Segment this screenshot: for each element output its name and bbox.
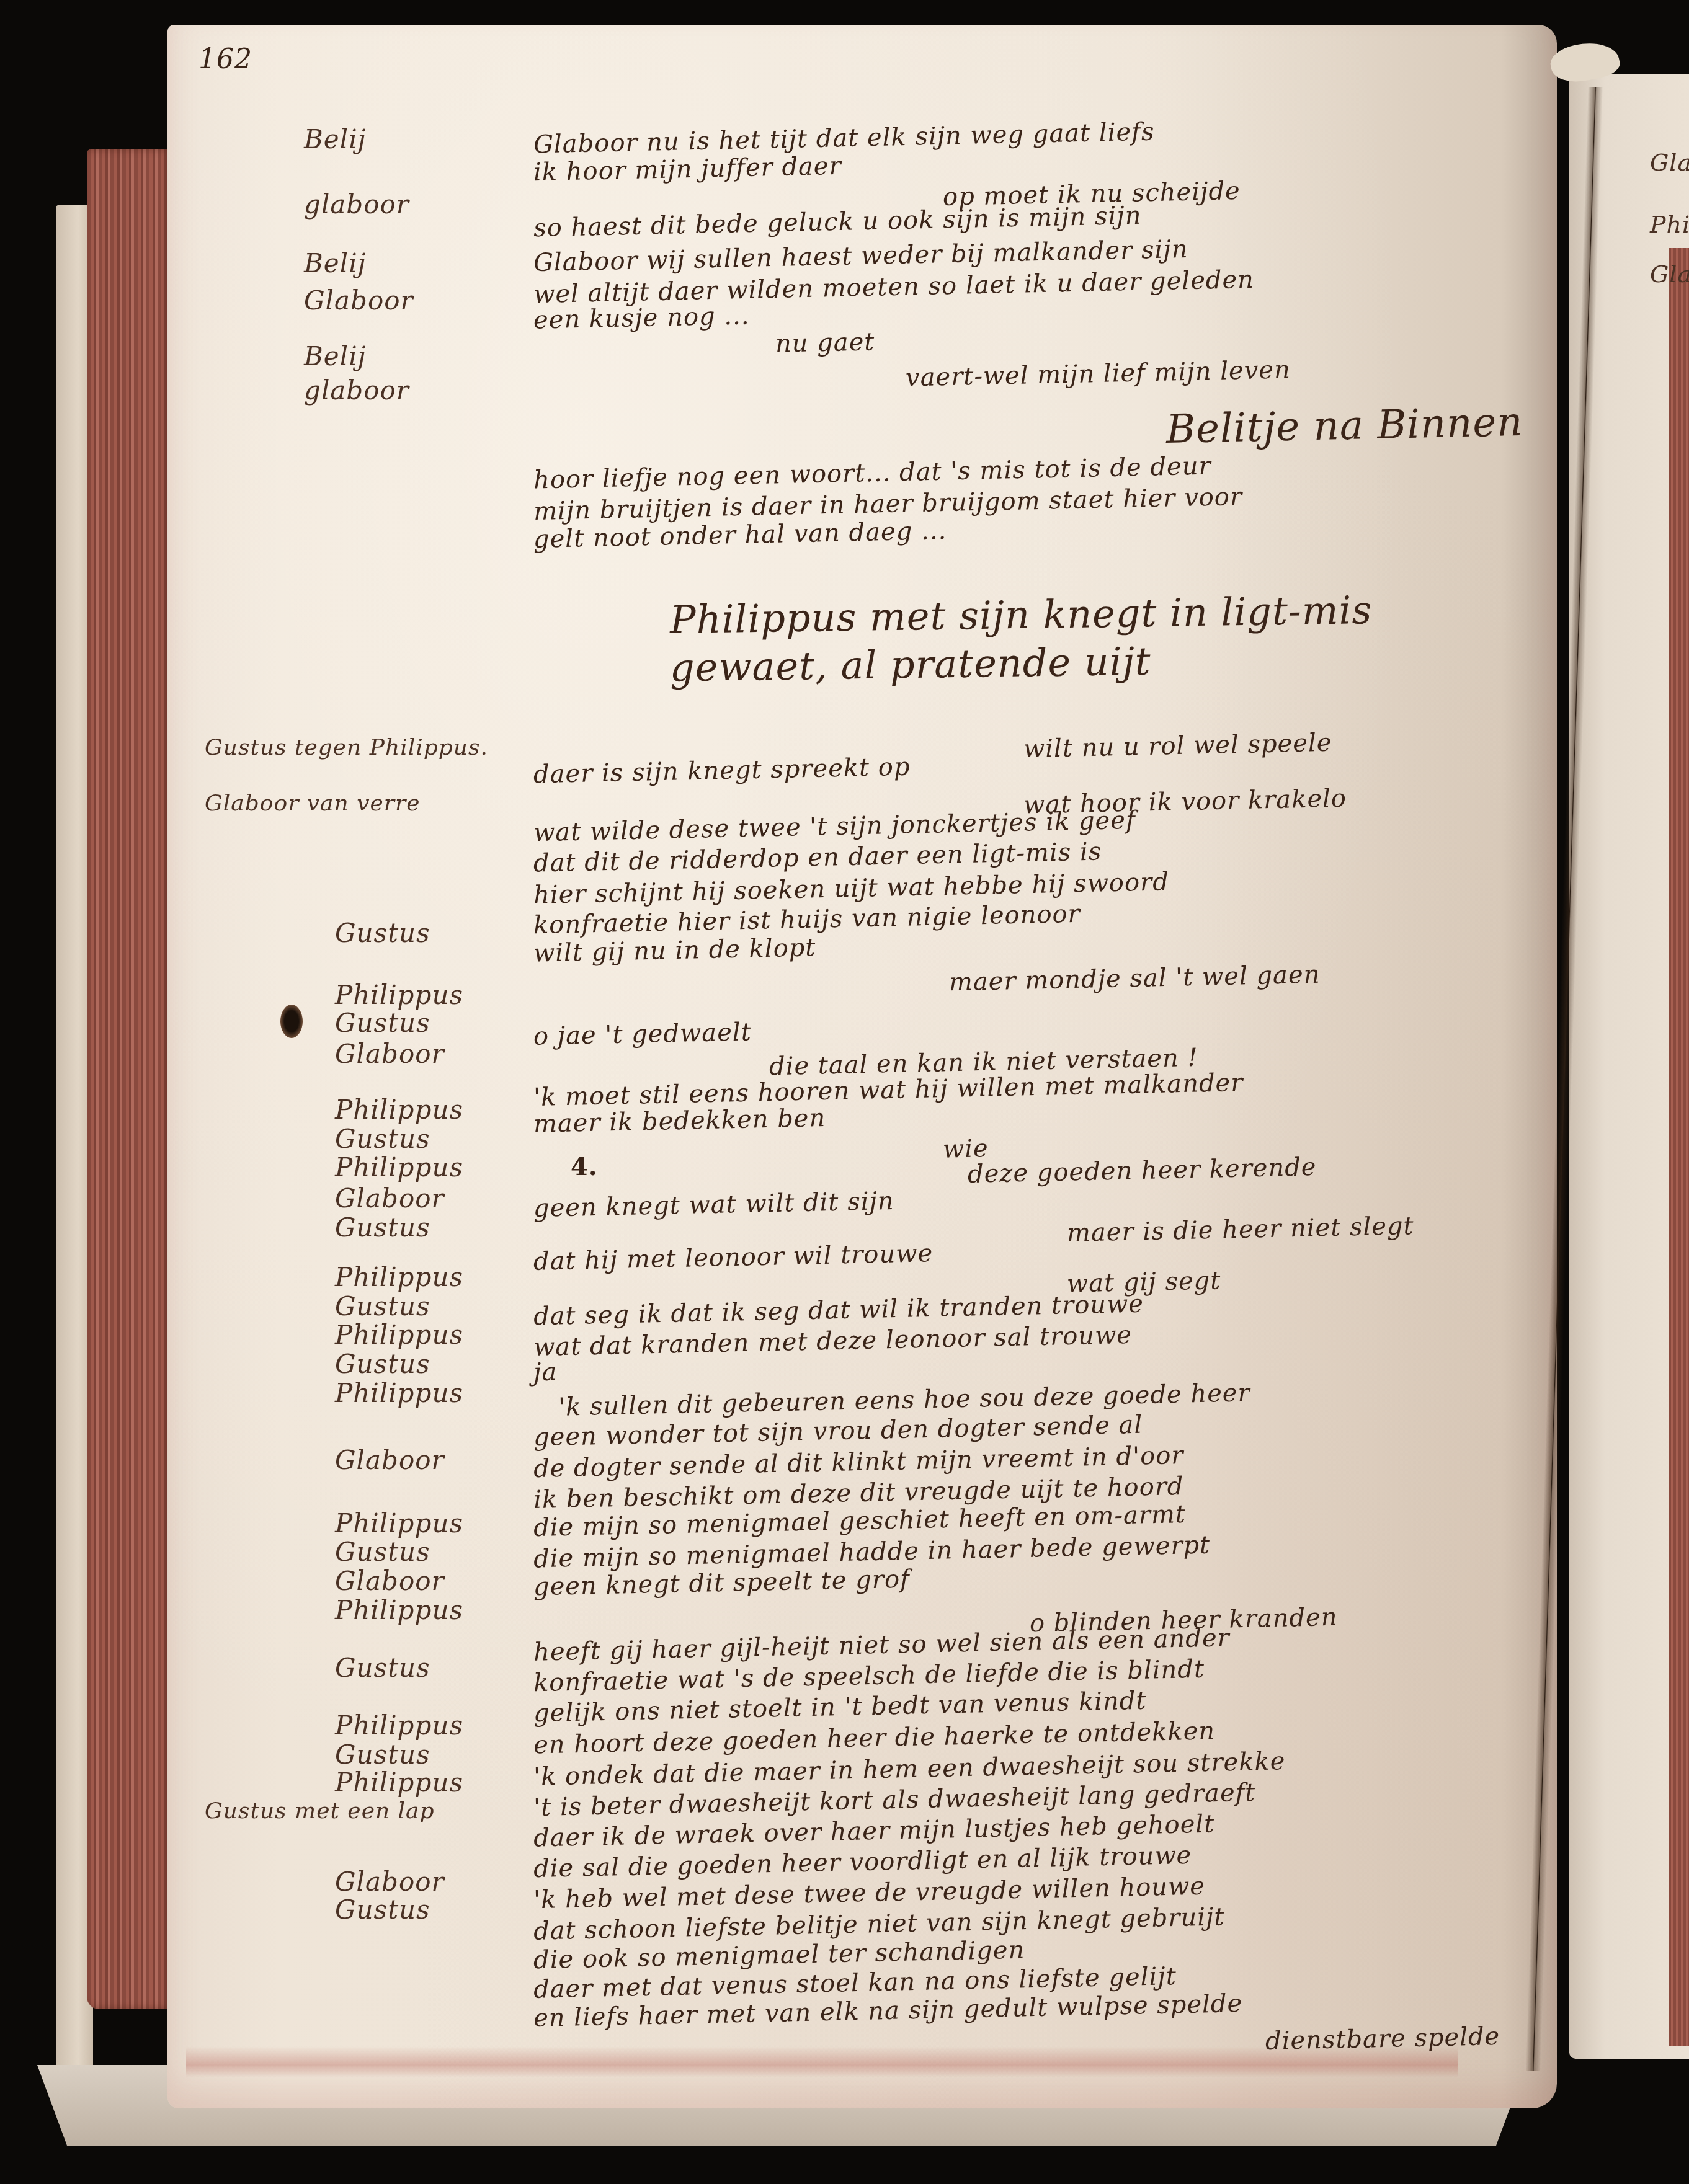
- signature-line: Belitje na Binnen: [1165, 399, 1523, 453]
- speaker-label: Glaboor: [335, 1867, 445, 1897]
- speaker-label: Glaboor: [335, 1039, 445, 1069]
- photo-scene: 162 BelijglaboorBelijGlaboorBelijglaboor…: [0, 0, 1689, 2184]
- speaker-label: Belij: [304, 248, 367, 278]
- speaker-label: Philippus: [335, 980, 463, 1010]
- speaker-label: Philippus: [335, 1152, 463, 1183]
- speaker-label: Belij: [304, 124, 367, 154]
- speaker-label: Glaboor: [335, 1183, 445, 1214]
- speaker-label: Philippus: [335, 1710, 463, 1741]
- text-line: een kusje nog ...: [533, 301, 750, 334]
- facing-fore-edge: [1669, 248, 1689, 2046]
- speaker-label: Gustus: [335, 1894, 430, 1925]
- speaker-label: Philippus: [335, 1595, 463, 1625]
- speaker-label: Philippus: [335, 1767, 463, 1798]
- speaker-label: Gustus met een lap: [205, 1798, 435, 1824]
- speaker-label: glaboor: [304, 189, 409, 220]
- red-fore-edge: [87, 149, 174, 2009]
- text-line: dienstbare spelde: [1265, 2022, 1500, 2056]
- speaker-label: glaboor: [304, 375, 409, 406]
- scene-heading: gewaet, al pratende uijt: [670, 639, 1152, 691]
- facing-speaker-fragment: Glaboor: [1650, 149, 1689, 176]
- speaker-label: Gustus: [335, 1212, 430, 1243]
- speaker-label: Gustus: [335, 1653, 430, 1683]
- speaker-label: Glaboor: [304, 285, 414, 316]
- speaker-label: Philippus: [335, 1378, 463, 1408]
- speaker-label: Glaboor: [335, 1445, 445, 1475]
- paper-hole: [280, 1005, 303, 1038]
- speaker-label: Gustus: [335, 1124, 430, 1154]
- speaker-label: Gustus: [335, 1008, 430, 1038]
- text-line: ja: [533, 1358, 558, 1387]
- speaker-label: Glaboor van verre: [205, 791, 421, 816]
- speaker-label: Gustus: [335, 1349, 430, 1379]
- speaker-label: Glaboor: [335, 1566, 445, 1596]
- facing-speaker-fragment: Glaboor: [1650, 260, 1689, 288]
- text-line: wilt gij nu in de klopt: [533, 933, 816, 968]
- facing-speaker-fragment: Philippus: [1650, 211, 1689, 238]
- stage-marker: 4.: [571, 1152, 598, 1181]
- speaker-label: Gustus: [335, 918, 430, 948]
- speaker-label: Gustus: [335, 1537, 430, 1567]
- speaker-label: Philippus: [335, 1094, 463, 1125]
- speaker-label: Philippus: [335, 1262, 463, 1292]
- speaker-label: Gustus: [335, 1291, 430, 1321]
- speaker-label: Gustus tegen Philippus.: [205, 735, 488, 760]
- text-line: nu gaet: [775, 327, 875, 358]
- speaker-label: Philippus: [335, 1320, 463, 1350]
- speaker-label: Gustus: [335, 1739, 430, 1770]
- folio-number: 162: [198, 43, 252, 75]
- text-line: o jae 't gedwaelt: [533, 1018, 752, 1050]
- speaker-label: Philippus: [335, 1508, 463, 1538]
- speaker-label: Belij: [304, 341, 367, 371]
